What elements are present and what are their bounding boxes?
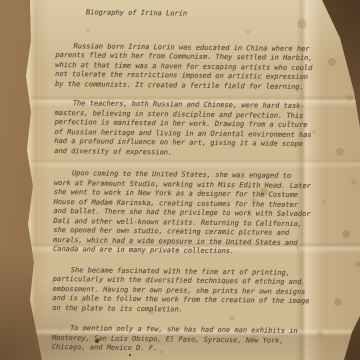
paragraph-origins: Russian born Irina Lorin was educated in… [55, 41, 314, 92]
foxing-stains [0, 0, 4, 4]
paragraph-printing: She became fascinated with the fine art … [52, 265, 311, 316]
photo-of-document: Biography of Irina Lorin Russian born Ir… [0, 0, 360, 360]
paper-sheet: Biography of Irina Lorin Russian born Ir… [0, 0, 360, 360]
paragraph-teachers: The teachers, both Russian and Chinese, … [54, 99, 313, 159]
paragraph-united-states: Upon coming to the United States, she wa… [53, 169, 312, 258]
paragraph-exhibits: To mention only a few, she has had one m… [52, 324, 310, 356]
document-title: Biography of Irina Lorin [86, 8, 314, 20]
typewritten-text: Biography of Irina Lorin Russian born Ir… [52, 8, 314, 356]
